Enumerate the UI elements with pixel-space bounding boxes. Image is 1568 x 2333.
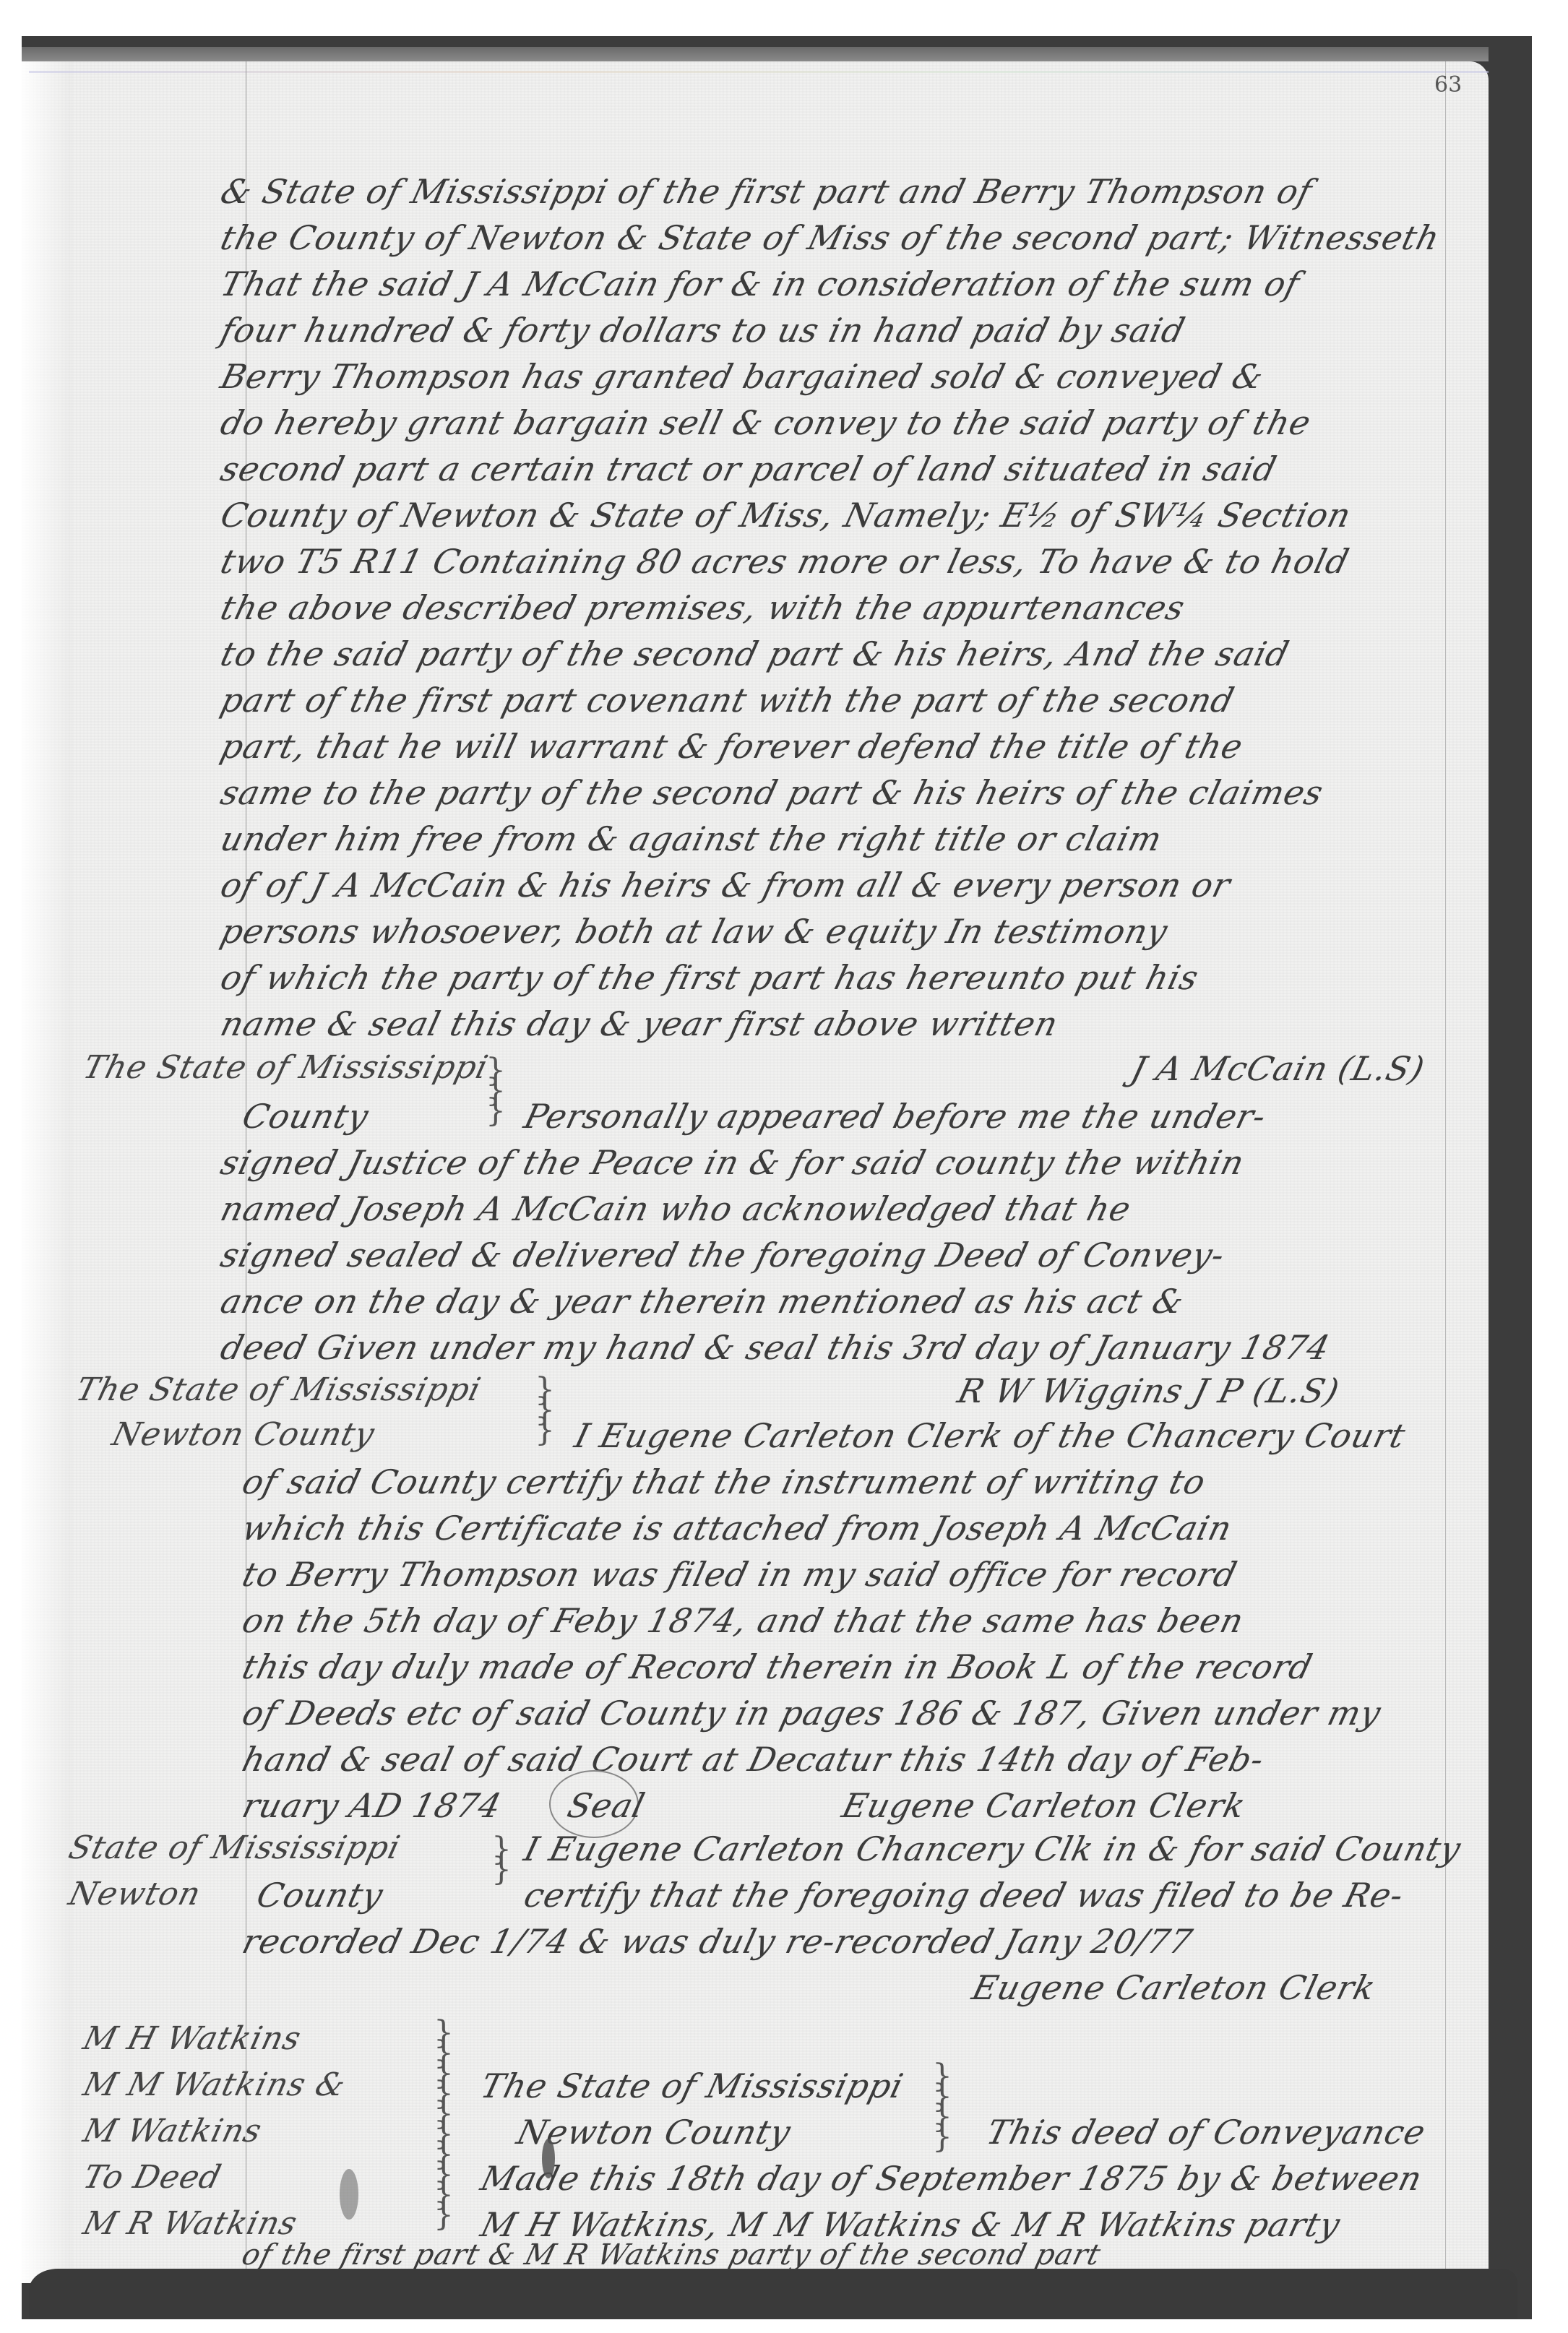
margin-state-heading: The State of Mississippi (72, 1371, 485, 1408)
margin-state-heading: State of Mississippi (65, 1829, 404, 1866)
justice-signature: R W Wiggins J P (L.S) (954, 1371, 1343, 1410)
deed-2-heading-county: Newton County (513, 2113, 795, 2152)
margin-state-heading: The State of Mississippi (79, 1049, 492, 1086)
cert-line: I Eugene Carleton Clerk of the Chancery … (571, 1416, 1410, 1455)
deed-1-line: second part a certain tract or parcel of… (217, 449, 1281, 488)
deed-1-line: Berry Thompson has granted bargained sol… (217, 357, 1268, 396)
deed-1-line: the County of Newton & State of Miss of … (217, 218, 1444, 257)
deed-1-line: same to the party of the second part & h… (217, 773, 1327, 812)
deed-1-line: of which the party of the first part has… (217, 958, 1203, 997)
deed-2-line: This deed of Conveyance (983, 2113, 1430, 2152)
cert-line: of Deeds etc of said County in pages 186… (238, 1694, 1385, 1733)
deed-2-line: of the first part & M R Watkins party of… (238, 2238, 1104, 2272)
cert-line: hand & seal of said Court at Decatur thi… (238, 1740, 1268, 1779)
rerecord-line: certify that the foregoing deed was file… (520, 1876, 1408, 1915)
deed-1-line: do hereby grant bargain sell & convey to… (217, 403, 1315, 442)
margin-county-label: Newton County (108, 1416, 379, 1453)
deed-2-heading-state: The State of Mississippi (477, 2066, 908, 2105)
clerk-signature: Eugene Carleton Clerk (838, 1786, 1250, 1825)
grantor-signature: J A McCain (L.S) (1127, 1049, 1429, 1088)
deed-1-line: part, that he will warrant & forever def… (217, 727, 1247, 766)
cert-line: on the 5th day of Feby 1874, and that th… (238, 1601, 1248, 1640)
index-type: To Deed (79, 2159, 225, 2196)
index-name: M H Watkins (79, 2020, 305, 2057)
index-name: M M Watkins & (79, 2066, 350, 2103)
deed-1-line: four hundred & forty dollars to us in ha… (217, 311, 1189, 350)
page-bottom-edge (29, 2269, 1517, 2319)
binding-strip (22, 47, 1489, 61)
index-name: M R Watkins (79, 2205, 301, 2242)
ack-line: ance on the day & year therein mentioned… (217, 1282, 1189, 1321)
page-gutter (22, 61, 72, 2283)
index-name: M Watkins (79, 2113, 266, 2149)
deed-1-line: & State of Mississippi of the first part… (217, 172, 1317, 211)
page-number: 63 (1434, 72, 1462, 98)
cert-line: which this Certificate is attached from … (238, 1509, 1236, 1548)
margin-county-word: County (253, 1876, 387, 1915)
cert-line: to Berry Thompson was filed in my said o… (238, 1555, 1241, 1594)
cert-line: this day duly made of Record therein in … (238, 1647, 1317, 1686)
ack-line: signed sealed & delivered the foregoing … (217, 1236, 1229, 1275)
deed-1-line: to the said party of the second part & h… (217, 634, 1293, 673)
seal-label: Seal (564, 1786, 649, 1825)
clerk-signature: Eugene Carleton Clerk (968, 1968, 1380, 2007)
margin-county-label: Newton (65, 1876, 204, 1912)
deed-1-line: part of the first part covenant with the… (217, 681, 1239, 720)
brace-icon: } } (491, 1840, 512, 1880)
ink-blot (542, 2139, 555, 2178)
margin-rule-right (1445, 61, 1446, 2272)
ack-line: Personally appeared before me the under- (520, 1097, 1270, 1136)
deed-1-line: under him free from & against the right … (217, 819, 1166, 858)
ack-line: named Joseph A McCain who acknowledged t… (217, 1189, 1135, 1228)
deed-1-line: County of Newton & State of Miss, Namely… (217, 496, 1356, 535)
brace-icon: } } } } (932, 2066, 952, 2147)
cert-line: ruary AD 1874 (238, 1786, 506, 1825)
rerecord-line: I Eugene Carleton Chancery Clk in & for … (520, 1829, 1465, 1868)
cert-line: of said County certify that the instrume… (238, 1462, 1210, 1501)
ack-line: signed Justice of the Peace in & for sai… (217, 1143, 1249, 1182)
ink-blot (340, 2169, 358, 2220)
deed-1-line: of of J A McCain & his heirs & from all … (217, 866, 1235, 905)
rerecord-line: recorded Dec 1/74 & was duly re-recorded… (238, 1922, 1197, 1961)
deed-1-line: two T5 R11 Containing 80 acres more or l… (217, 542, 1353, 581)
deed-1-line: That the said J A McCain for & in consid… (217, 264, 1304, 303)
deed-1-line: persons whosoever, both at law & equity … (217, 912, 1172, 951)
deed-1-line: the above described premises, with the a… (217, 588, 1189, 627)
brace-icon: } } } (535, 1380, 555, 1441)
ack-line: deed Given under my hand & seal this 3rd… (217, 1328, 1334, 1367)
margin-county-label: County (238, 1097, 373, 1136)
page-ruled-top-line (29, 71, 1489, 73)
brace-icon: } } } (486, 1061, 506, 1121)
deed-1-line: name & seal this day & year first above … (217, 1004, 1062, 1043)
